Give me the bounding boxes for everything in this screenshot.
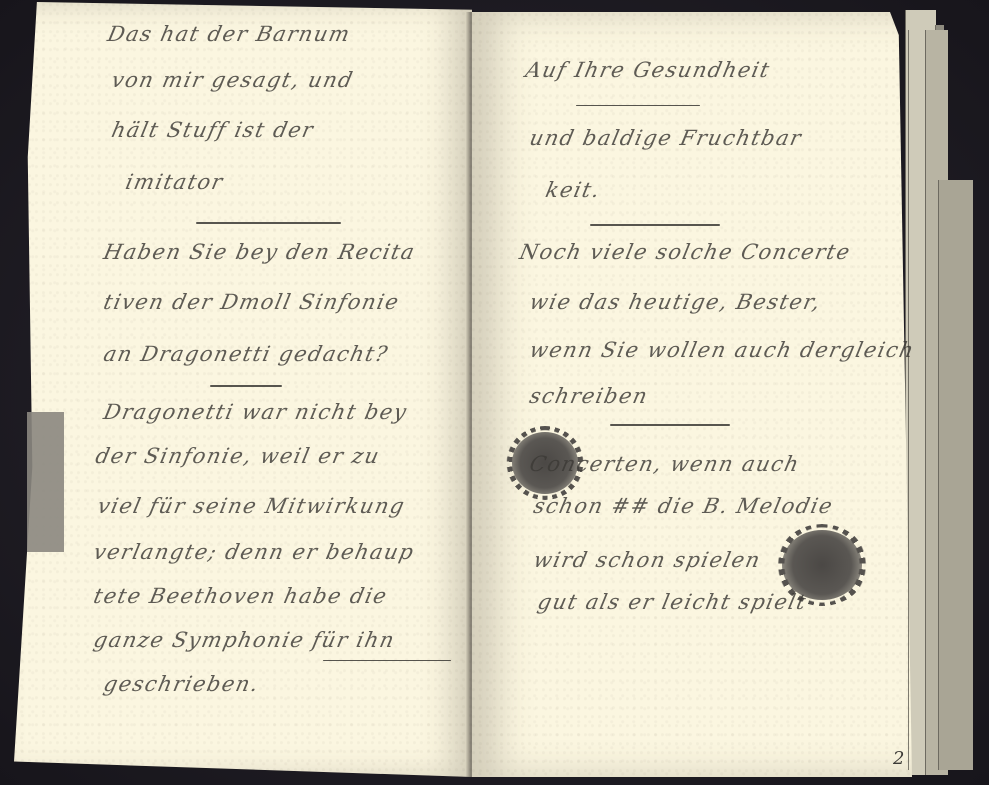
handwritten-line: imitator bbox=[123, 170, 226, 194]
separator-rule bbox=[590, 224, 720, 226]
handwritten-line: der Sinfonie, weil er zu bbox=[93, 444, 382, 468]
underline-rule bbox=[576, 105, 700, 106]
handwritten-line: und baldige Fruchtbar bbox=[527, 126, 804, 150]
handwritten-line: Haben Sie bey den Recita bbox=[101, 240, 417, 264]
handwritten-line: Auf Ihre Gesundheit bbox=[523, 58, 772, 82]
handwritten-line: von mir gesagt, und bbox=[109, 68, 356, 92]
right-page-edge-line bbox=[908, 30, 909, 770]
handwritten-line: geschrieben. bbox=[101, 672, 261, 696]
handwritten-line: tete Beethoven habe die bbox=[91, 584, 390, 608]
handwritten-line: wenn Sie wollen auch dergleich bbox=[527, 338, 917, 362]
handwritten-line: wird schon spielen bbox=[531, 548, 763, 572]
handwritten-line: keit. bbox=[543, 178, 603, 202]
document-scene: Das hat der Barnum von mir gesagt, und h… bbox=[0, 0, 989, 785]
handwritten-line: an Dragonetti gedacht? bbox=[101, 342, 390, 366]
handwritten-line: gut als er leicht spielt bbox=[535, 590, 809, 614]
separator-rule bbox=[610, 424, 730, 426]
handwritten-line: Noch viele solche Concerte bbox=[517, 240, 853, 264]
handwritten-line: verlangte; denn er behaup bbox=[91, 540, 416, 564]
handwritten-line: schreiben bbox=[527, 384, 650, 408]
handwritten-line: hält Stuff ist der bbox=[109, 118, 316, 142]
handwritten-line: Concerten, wenn auch bbox=[527, 452, 802, 476]
handwritten-line: Das hat der Barnum bbox=[105, 22, 353, 46]
handwritten-line: schon ## die B. Melodie bbox=[531, 494, 835, 518]
handwritten-line: wie das heutige, Bester, bbox=[527, 290, 823, 314]
handwritten-line: viel für seine Mitwirkung bbox=[95, 494, 407, 518]
handwritten-line: tiven der Dmoll Sinfonie bbox=[101, 290, 402, 314]
separator-rule bbox=[196, 222, 341, 224]
handwritten-line: Dragonetti war nicht bey bbox=[101, 400, 409, 424]
underline-rule bbox=[323, 660, 451, 661]
handwritten-line: ganze Symphonie für ihn bbox=[91, 628, 397, 652]
separator-rule bbox=[210, 385, 282, 387]
left-page-tab bbox=[27, 412, 64, 552]
page-number: 2 bbox=[893, 748, 904, 769]
page-stack-edge bbox=[938, 180, 973, 770]
